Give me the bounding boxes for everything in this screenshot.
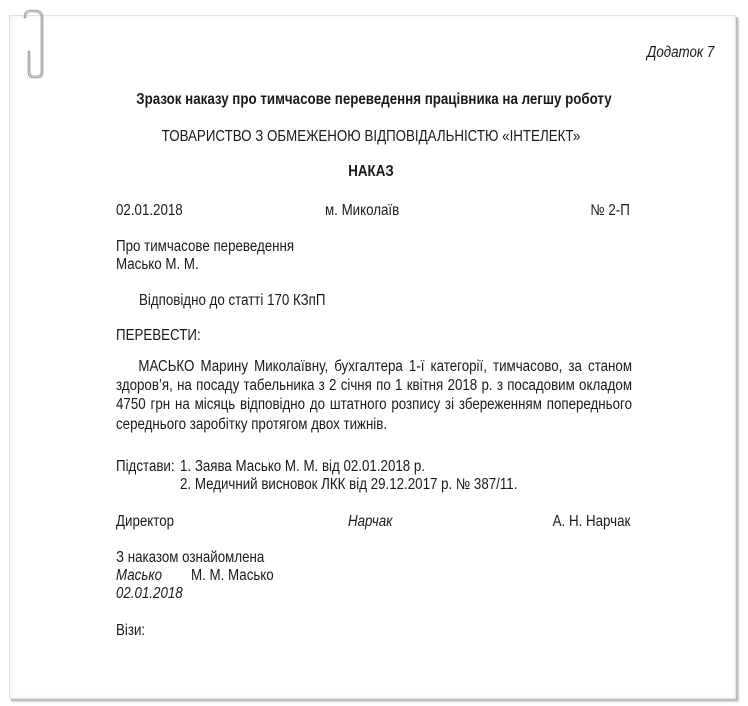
order-body: МАСЬКО Марину Миколаївну, бухгалтера 1-ї… bbox=[116, 357, 632, 434]
director-signature: Нарчак bbox=[348, 512, 392, 531]
employee-signature: Масько bbox=[116, 566, 162, 585]
grounds-item-1: 1. Заява Масько М. М. від 02.01.2018 р. bbox=[180, 457, 425, 476]
visas-label: Візи: bbox=[116, 621, 145, 640]
order-body-text: МАСЬКО Марину Миколаївну, бухгалтера 1-ї… bbox=[116, 358, 632, 433]
legal-basis: Відповідно до статті 170 КЗпП bbox=[139, 291, 325, 310]
document-type: НАКАЗ bbox=[52, 162, 690, 181]
acknowledgement-date: 02.01.2018 bbox=[116, 584, 183, 603]
signature-position: Директор bbox=[116, 512, 174, 531]
director-name: А. Н. Нарчак bbox=[552, 512, 630, 531]
paperclip-icon bbox=[20, 4, 50, 80]
grounds-label: Підстави: bbox=[116, 457, 175, 476]
appendix-label: Додаток 7 bbox=[647, 43, 714, 62]
document-heading: Зразок наказу про тимчасове переведення … bbox=[52, 90, 695, 109]
subject-line-2: Масько М. М. bbox=[116, 255, 199, 274]
employee-name: М. М. Масько bbox=[191, 566, 274, 585]
acknowledgement-label: З наказом ознайомлена bbox=[116, 548, 264, 567]
order-city: м. Миколаїв bbox=[325, 201, 399, 220]
order-number: № 2-П bbox=[591, 201, 630, 220]
order-date: 02.01.2018 bbox=[116, 201, 183, 220]
company-name: ТОВАРИСТВО З ОБМЕЖЕНОЮ ВІДПОВІДАЛЬНІСТЮ … bbox=[52, 127, 690, 146]
subject-line-1: Про тимчасове переведення bbox=[116, 237, 294, 256]
grounds-item-2: 2. Медичний висновок ЛКК від 29.12.2017 … bbox=[180, 475, 517, 494]
order-verb: ПЕРЕВЕСТИ: bbox=[116, 326, 201, 345]
